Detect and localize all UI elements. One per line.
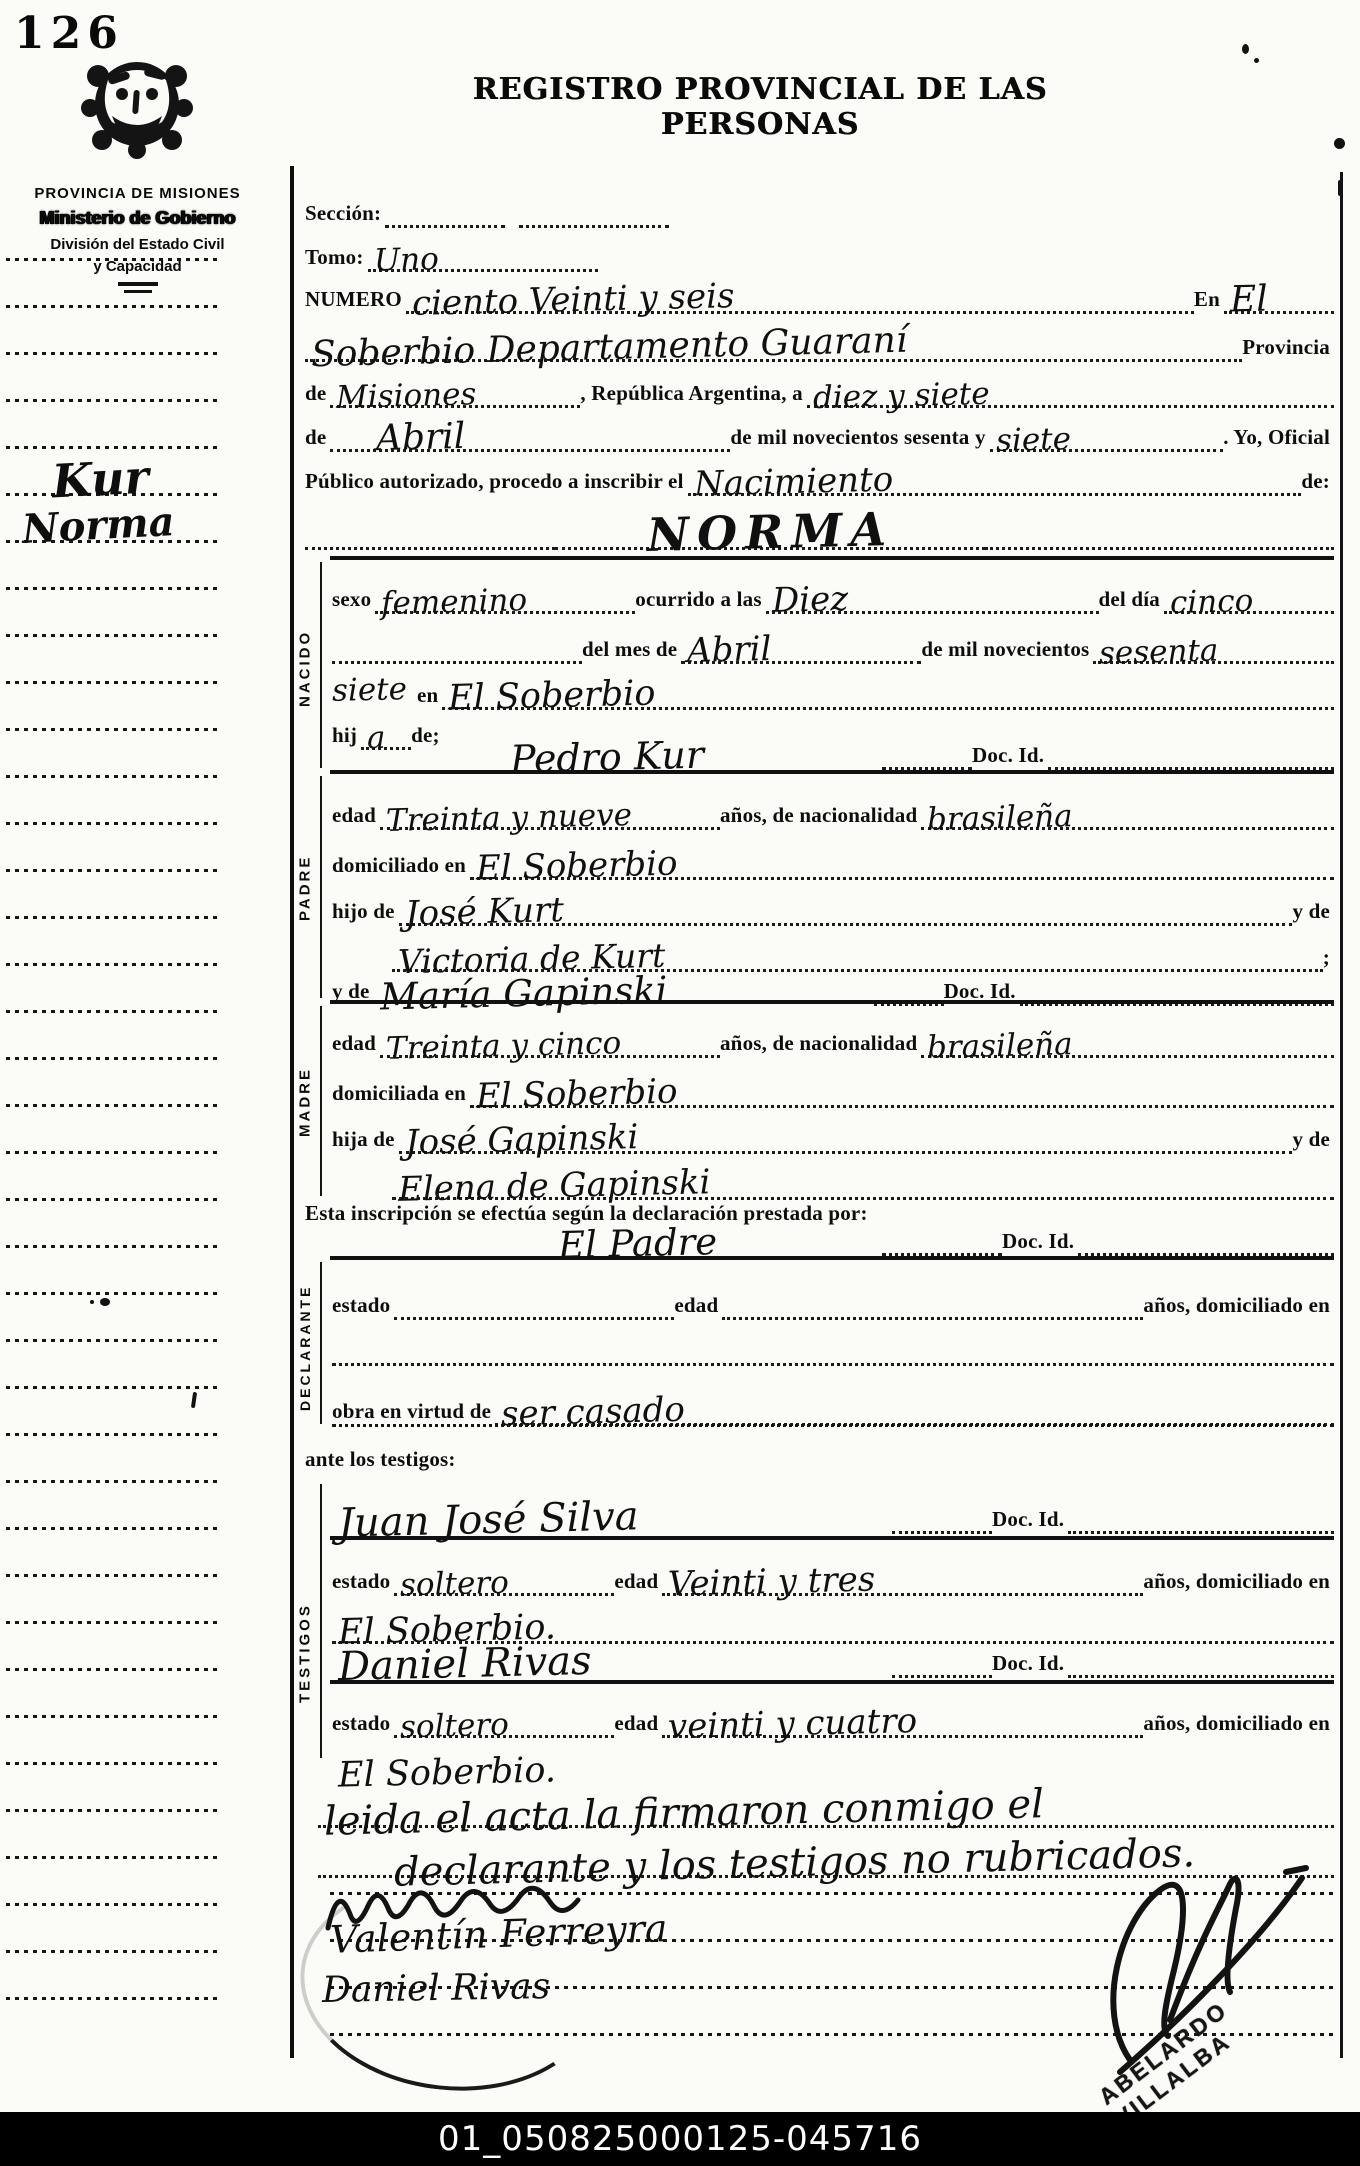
madre-edad-field: Treinta y cinco bbox=[380, 1028, 720, 1058]
y-de-label: y de bbox=[1292, 899, 1334, 926]
place-field: Soberbio Departamento Guaraní bbox=[305, 327, 1242, 362]
act-field: Nacimiento bbox=[688, 462, 1302, 496]
section-label-declarante: DECLARANTE bbox=[292, 1268, 318, 1428]
virtud-label: obra en virtud de bbox=[332, 1399, 495, 1426]
testigo1-nombre-field: Juan José Silva bbox=[332, 1497, 892, 1534]
edad-label: edad bbox=[332, 803, 380, 830]
row-padre-edad: edad Treinta y nueve años, de nacionalid… bbox=[332, 782, 1334, 830]
org-line-ministry: Ministerio de Gobierno bbox=[0, 208, 275, 229]
edad-label: edad bbox=[332, 1031, 380, 1058]
hora-field: Diez bbox=[766, 580, 1099, 614]
scan-code-bar: 01_050825000125-045716 bbox=[0, 2112, 1360, 2166]
form-row-tomo: Tomo: Uno bbox=[305, 224, 725, 272]
edad-field bbox=[722, 1317, 1143, 1320]
provincia-misiones-crest-icon bbox=[78, 50, 196, 162]
estado-field bbox=[394, 1317, 674, 1320]
madre-domicilio-field: El Soberbio bbox=[470, 1074, 1334, 1108]
section-separator-line bbox=[330, 556, 1334, 560]
en-field: El bbox=[1224, 279, 1334, 314]
org-line-province: PROVINCIA DE MISIONES bbox=[0, 185, 275, 202]
blank-field bbox=[332, 1363, 1334, 1366]
row-padre-abuelo: hijo de José Kurt y de bbox=[332, 878, 1334, 926]
sexo-field: femenino bbox=[375, 584, 635, 614]
name-underline bbox=[330, 1536, 1334, 1540]
declarante-field: El Padre bbox=[552, 1222, 882, 1256]
name-field-right bbox=[985, 547, 1334, 550]
section-separator-line bbox=[330, 770, 1334, 774]
row-testigo1-nombre: Juan José Silva Doc. Id. bbox=[332, 1482, 1334, 1534]
y-de-label: y de bbox=[1292, 1127, 1334, 1154]
lugar-field: El Soberbio bbox=[442, 676, 1334, 710]
doc-id-field bbox=[1068, 1531, 1334, 1534]
section-label-testigos: TESTIGOS bbox=[292, 1548, 318, 1758]
row-virtud: obra en virtud de ser casado bbox=[332, 1378, 1334, 1426]
org-line-division: División del Estado Civil bbox=[0, 236, 275, 253]
section-separator-line bbox=[330, 1256, 1334, 1260]
row-declarante-blank bbox=[332, 1336, 1334, 1366]
registered-name-field: NORMA bbox=[555, 505, 985, 550]
padre-nombre-value: Pedro Kur bbox=[509, 733, 704, 782]
scan-code: 01_050825000125-045716 bbox=[438, 2119, 922, 2159]
numero-label: NUMERO bbox=[305, 287, 406, 314]
section-separator-line bbox=[330, 1000, 1334, 1004]
padre-domicilio-field: El Soberbio bbox=[470, 846, 1334, 880]
birth-certificate-scan: 126 REGISTRO PROVINCIAL DE LAS PERSONAS … bbox=[0, 0, 1360, 2166]
ante-testigos-label: ante los testigos: bbox=[305, 1447, 460, 1474]
anio-prefix-label: de mil novecientos bbox=[921, 637, 1093, 664]
ocurrido-label: ocurrido a las bbox=[635, 587, 765, 614]
padre-edad-field: Treinta y nueve bbox=[380, 800, 720, 830]
nacionalidad-label: años, de nacionalidad bbox=[720, 1031, 921, 1058]
edad-label: edad bbox=[674, 1293, 722, 1320]
testigo2-nombre-field: Daniel Rivas bbox=[332, 1641, 892, 1678]
ink-speck bbox=[1334, 138, 1345, 149]
estado-label: estado bbox=[332, 1569, 394, 1596]
name-field-left bbox=[305, 547, 555, 550]
section-bracket-declarante bbox=[320, 1262, 322, 1424]
nacionalidad-label: años, de nacionalidad bbox=[720, 803, 921, 830]
doc-id-label: Doc. Id. bbox=[992, 1507, 1068, 1534]
section-bracket-padre bbox=[320, 776, 322, 998]
form-row-place: Soberbio Departamento Guaraní Provincia bbox=[305, 314, 1334, 362]
row-declarante-nombre: El Padre Doc. Id. bbox=[332, 1212, 1334, 1256]
form-row-inscribir: Público autorizado, procedo a inscribir … bbox=[305, 448, 1334, 496]
sexo-label: sexo bbox=[332, 587, 375, 614]
right-border-rule bbox=[1340, 172, 1343, 2058]
margin-name-givenname: Norma bbox=[21, 498, 176, 553]
testigo2-estado-field: soltero bbox=[394, 1708, 614, 1738]
domiciliada-label: domiciliada en bbox=[332, 1081, 470, 1108]
section-label-madre: MADRE bbox=[292, 1012, 318, 1192]
row-testigo1-estado: estado soltero edad Veinti y tres años, … bbox=[332, 1548, 1334, 1596]
row-madre-edad: edad Treinta y cinco años, de nacionalid… bbox=[332, 1010, 1334, 1058]
estado-label: estado bbox=[332, 1293, 394, 1320]
estado-label: estado bbox=[332, 1711, 394, 1738]
row-padre-domicilio: domiciliado en El Soberbio bbox=[332, 832, 1334, 880]
edad-label: edad bbox=[614, 1711, 662, 1738]
ink-speck bbox=[1242, 44, 1249, 54]
anios-dom-label: años, domiciliado en bbox=[1143, 1293, 1334, 1320]
en-label: En bbox=[1194, 287, 1224, 314]
madre-abuelo-field: José Gapinski bbox=[399, 1120, 1293, 1154]
row-madre-domicilio: domiciliada en El Soberbio bbox=[332, 1060, 1334, 1108]
hora-value: Diez bbox=[771, 579, 848, 621]
madre-nacionalidad-field: brasileña bbox=[921, 1028, 1334, 1058]
form-row-month-year: de Abril de mil novecientos sesenta y si… bbox=[305, 404, 1334, 452]
registered-name-value: NORMA bbox=[646, 502, 894, 562]
form-row-province: de Misiones , República Argentina, a die… bbox=[305, 360, 1334, 408]
row-padre-nombre: Pedro Kur Doc. Id. bbox=[332, 726, 1334, 770]
del-mes-label: del mes de bbox=[582, 637, 681, 664]
row-madre-abuelo: hija de José Gapinski y de bbox=[332, 1106, 1334, 1154]
padre-abuelo-field: José Kurt bbox=[399, 892, 1293, 926]
numero-field: ciento Veinti y seis bbox=[406, 280, 1194, 314]
edad-label: edad bbox=[614, 1569, 662, 1596]
form-row-registered-name: NORMA bbox=[305, 492, 1334, 550]
month-field: Abril bbox=[330, 417, 730, 452]
padre-nombre-field: Pedro Kur bbox=[332, 735, 882, 770]
doc-id-label: Doc. Id. bbox=[992, 1651, 1068, 1678]
domiciliado-label: domiciliado en bbox=[332, 853, 470, 880]
doc-id-field bbox=[1068, 1675, 1334, 1678]
section-label-nacido: NACIDO bbox=[292, 570, 318, 766]
testigo1-edad-field: Veinti y tres bbox=[662, 1562, 1143, 1596]
provincia-label: Provincia bbox=[1242, 335, 1334, 362]
doc-id-label: Doc. Id. bbox=[1002, 1229, 1078, 1256]
mes-field: Abril bbox=[681, 630, 921, 664]
signer-name-2: Daniel Rivas bbox=[322, 1966, 551, 2011]
anio-field: sesenta bbox=[1093, 634, 1334, 664]
hijo-de-label: hijo de bbox=[332, 899, 399, 926]
dots bbox=[892, 1531, 992, 1534]
section-bracket-madre bbox=[320, 1006, 322, 1196]
name-underline bbox=[330, 1680, 1334, 1684]
ink-speck bbox=[1254, 58, 1259, 63]
testigo2-edad-field: veinti y cuatro bbox=[662, 1704, 1143, 1738]
padre-nacionalidad-field: brasileña bbox=[921, 800, 1334, 830]
row-testigo2-nombre: Daniel Rivas Doc. Id. bbox=[332, 1630, 1334, 1678]
form-row-numero: NUMERO ciento Veinti y seis En El bbox=[305, 266, 1334, 314]
document-title: REGISTRO PROVINCIAL DE LAS PERSONAS bbox=[370, 72, 1150, 142]
row-closing-1: leida el acta la firmaron conmigo el bbox=[318, 1772, 1334, 1828]
section-label-padre: PADRE bbox=[292, 782, 318, 994]
del-dia-label: del día bbox=[1099, 587, 1165, 614]
anios-dom-label: años, domiciliado en bbox=[1143, 1711, 1334, 1738]
dia-field: cinco bbox=[1164, 584, 1334, 614]
section-bracket-nacido bbox=[320, 562, 322, 768]
form-row-seccion: Sección: bbox=[305, 180, 735, 228]
row-sexo: sexo femenino ocurrido a las Diez del dí… bbox=[332, 566, 1334, 614]
row-mes: del mes de Abril de mil novecientos sese… bbox=[332, 616, 1334, 664]
section-dotted-separator bbox=[332, 1424, 1334, 1427]
row-declarante-estado: estado edad años, domiciliado en bbox=[332, 1272, 1334, 1320]
dots bbox=[892, 1675, 992, 1678]
testigo1-estado-field: soltero bbox=[394, 1566, 614, 1596]
anios-dom-label: años, domiciliado en bbox=[1143, 1569, 1334, 1596]
row-ante-testigos: ante los testigos: bbox=[305, 1438, 725, 1474]
virtud-value: ser casado bbox=[501, 1390, 686, 1434]
doc-id-label: Doc. Id. bbox=[972, 743, 1048, 770]
hija-de-label: hija de bbox=[332, 1127, 399, 1154]
section-bracket-testigos bbox=[320, 1484, 322, 1758]
virtud-field: ser casado bbox=[495, 1392, 1334, 1426]
row-testigo2-estado: estado soltero edad veinti y cuatro años… bbox=[332, 1690, 1334, 1738]
